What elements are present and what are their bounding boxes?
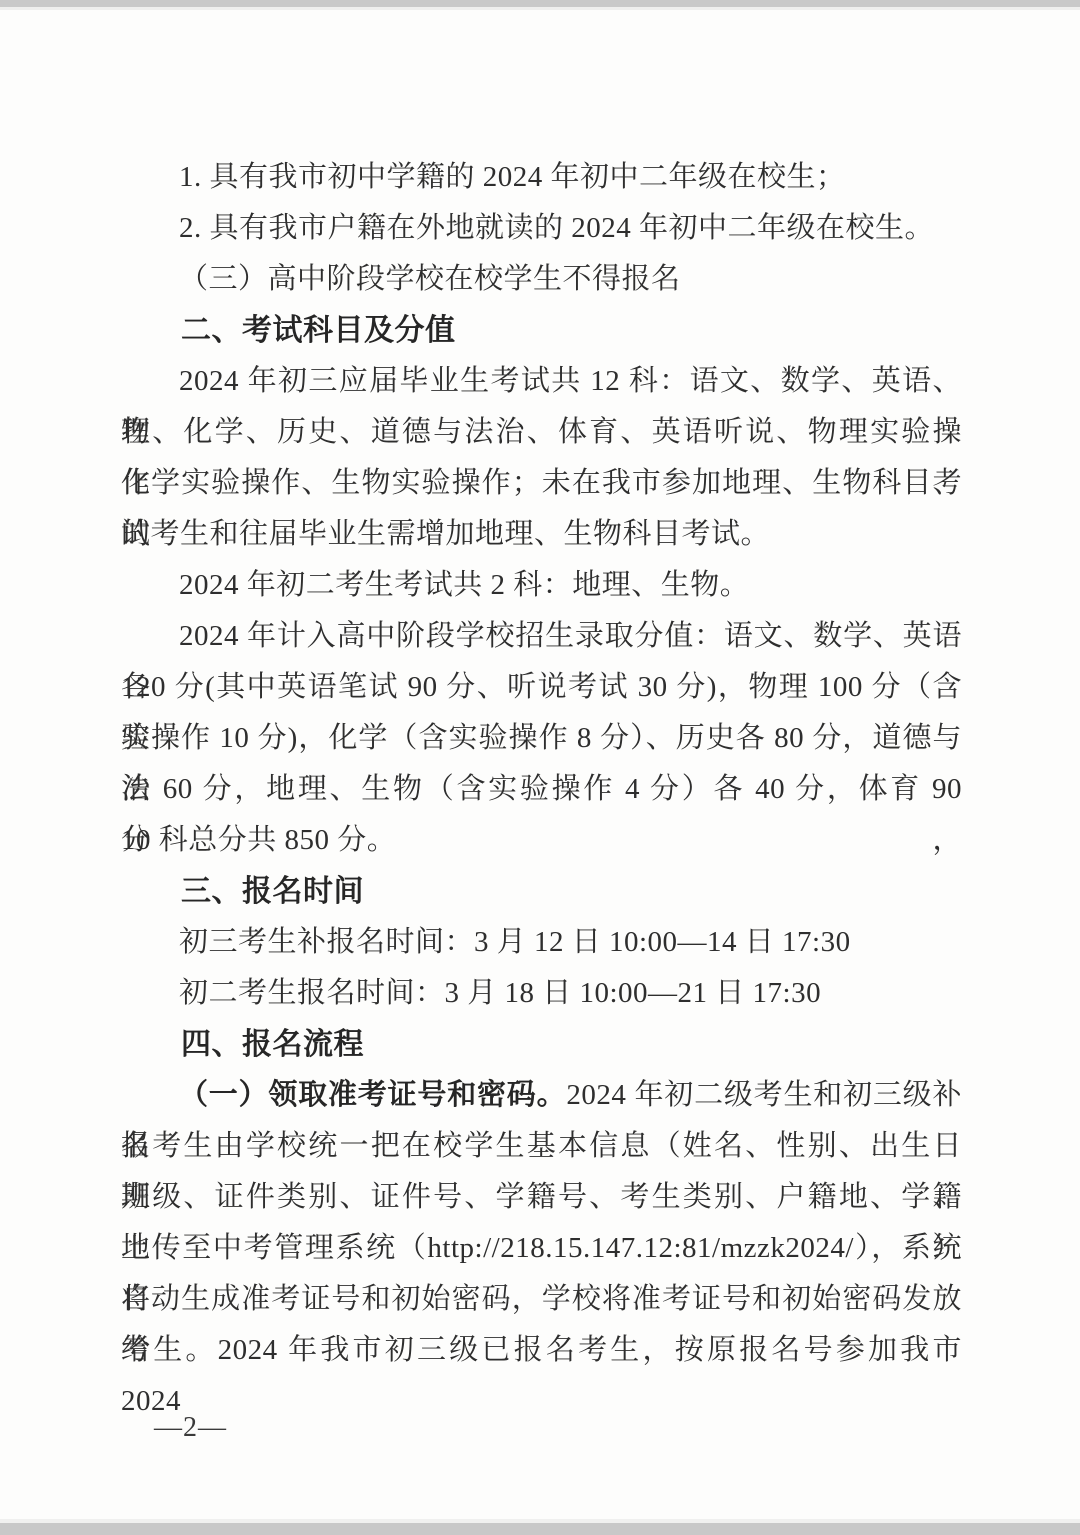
document-line: 初三考生补报名时间：3 月 12 日 10:00—14 日 17:30 (121, 917, 962, 968)
document-line: 名考生由学校统一把在校学生基本信息（姓名、性别、出生日期、 (121, 1121, 962, 1172)
document-line: 班级、证件类别、证件号、学籍号、考生类别、户籍地、学籍地） (121, 1172, 962, 1223)
text-segment: 1. 具有我市初中学籍的 2024 年初中二年级在校生； (179, 161, 846, 193)
document-line: 初二考生报名时间：3 月 18 日 10:00—21 日 17:30 (121, 968, 962, 1019)
document-line: 2024 年初二考生考试共 2 科：地理、生物。 (121, 560, 962, 611)
text-segment: 二、考试科目及分值 (181, 314, 456, 347)
section-heading: 二、考试科目及分值 (121, 305, 962, 356)
document-line: 2024 年计入高中阶段学校招生录取分值：语文、数学、英语各 (121, 611, 962, 662)
emphasis-text: （一）领取准考证号和密码。 (179, 1079, 566, 1111)
section-heading: 三、报名时间 (121, 866, 962, 917)
document-line: 考生。2024 年我市初三级已报名考生，按原报名号参加我市 2024 (121, 1325, 962, 1376)
page-number: —2— (154, 1402, 962, 1453)
document-line: 验操作 10 分)，化学（含实验操作 8 分）、历史各 80 分，道德与法 (121, 713, 962, 764)
document-line: 上传至中考管理系统（http://218.15.147.12:81/mzzk20… (121, 1223, 962, 1274)
text-segment: 2024 年初二考生考试共 2 科：地理、生物。 (179, 569, 749, 601)
text-segment: 的考生和往届毕业生需增加地理、生物科目考试。 (121, 518, 770, 550)
document-line: 1. 具有我市初中学籍的 2024 年初中二年级在校生； (121, 152, 962, 203)
text-segment: （三）高中阶段学校在校学生不得报名 (179, 263, 681, 295)
text-segment: 四、报名流程 (181, 1028, 364, 1061)
document-line: （一）领取准考证号和密码。2024 年初二级考生和初三级补报 (121, 1070, 962, 1121)
document-line: （三）高中阶段学校在校学生不得报名 (121, 254, 962, 305)
text-segment: 初二考生报名时间：3 月 18 日 10:00—21 日 17:30 (179, 977, 821, 1009)
document-line: 2. 具有我市户籍在外地就读的 2024 年初中二年级在校生。 (121, 203, 962, 254)
text-segment: 三、报名时间 (181, 875, 364, 908)
photo-edge-bottom (0, 1519, 1080, 1535)
text-segment: 2. 具有我市户籍在外地就读的 2024 年初中二年级在校生。 (179, 212, 934, 244)
document-line: 自动生成准考证号和初始密码，学校将准考证号和初始密码发放给 (121, 1274, 962, 1325)
document-line: 化学实验操作、生物实验操作；未在我市参加地理、生物科目考试 (121, 458, 962, 509)
text-segment: 10 科总分共 850 分。 (121, 824, 396, 856)
document-line: 120 分(其中英语笔试 90 分、听说考试 30 分)，物理 100 分（含实 (121, 662, 962, 713)
document-line: 治 60 分，地理、生物（含实验操作 4 分）各 40 分，体育 90 分， (121, 764, 962, 815)
document-page: 1. 具有我市初中学籍的 2024 年初中二年级在校生；2. 具有我市户籍在外地… (0, 0, 1080, 1453)
document-lines: 1. 具有我市初中学籍的 2024 年初中二年级在校生；2. 具有我市户籍在外地… (121, 152, 962, 1376)
document-line: 2024 年初三应届毕业生考试共 12 科：语文、数学、英语、物 (121, 356, 962, 407)
text-segment: 初三考生补报名时间：3 月 12 日 10:00—14 日 17:30 (179, 926, 851, 958)
document-line: 的考生和往届毕业生需增加地理、生物科目考试。 (121, 509, 962, 560)
section-heading: 四、报名流程 (121, 1019, 962, 1070)
document-line: 理、化学、历史、道德与法治、体育、英语听说、物理实验操作、 (121, 407, 962, 458)
